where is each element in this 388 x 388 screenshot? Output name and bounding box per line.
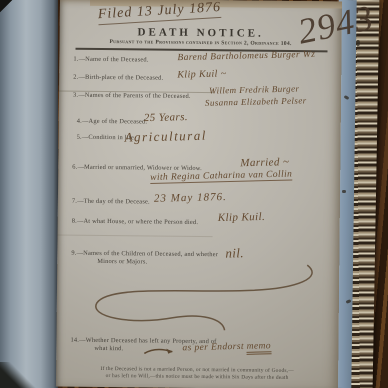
field-label-age: 4.—Age of the Deceased.	[77, 118, 148, 126]
corner-shadow-bottom-left	[0, 362, 40, 388]
property-memo-word: memo	[247, 341, 272, 355]
arrow-icon	[142, 345, 178, 357]
property-answer-text: as per Endorst	[182, 342, 244, 354]
field-label-place-of-death: 8.—At what House, or where the Person di…	[72, 218, 199, 226]
field-label-marital-status: 6.—Married or unmarried, Widower or Wido…	[72, 164, 202, 172]
field-value-parent-mother: Susanna Elizabeth Pelser	[205, 95, 307, 107]
ink-mark	[342, 190, 346, 193]
field-value-age: 25 Years.	[144, 111, 188, 124]
field-value-parent-father: Willem Fredrik Burger	[209, 83, 299, 95]
field-value-birthplace: Klip Kuil ~	[177, 68, 227, 80]
photographed-death-notice: Filed 13 July 1876 2943 DEATH NOTICE. Pu…	[0, 0, 388, 388]
field-value-condition: Agricultural	[124, 128, 207, 146]
field-label-birthplace: 2.—Birth-place of the Deceased.	[73, 74, 163, 82]
field-label-parents: 3.—Names of the Parents of the Deceased.	[73, 92, 191, 100]
paper-crease	[58, 235, 213, 238]
pen-flourish	[79, 259, 330, 338]
field-label-children: 9.—Names of the Children of Deceased, an…	[71, 250, 218, 259]
field-value-name: Barend Bartholomeus Burger Wz	[177, 50, 315, 63]
field-label-property-line2: what kind.	[94, 345, 123, 352]
field-value-children: nil.	[225, 245, 244, 261]
field-label-name: 1.—Name of the Deceased.	[73, 56, 148, 64]
field-value-place-of-death: Klip Kuil.	[218, 211, 266, 224]
field-value-marital-status: Married ~	[240, 156, 289, 169]
field-label-day-of-decease: 7.—The day of the Decease.	[72, 198, 150, 206]
blue-cover-roll	[0, 0, 58, 388]
field-value-day-of-decease: 23 May 1876.	[154, 191, 227, 205]
field-value-spouse: with Regina Catharina van Collin	[150, 169, 292, 183]
corner-shadow-top-left	[0, 0, 16, 14]
death-notice-page: Filed 13 July 1876 2943 DEATH NOTICE. Pu…	[56, 0, 342, 388]
field-value-property: as per Endorst memo	[182, 341, 271, 353]
